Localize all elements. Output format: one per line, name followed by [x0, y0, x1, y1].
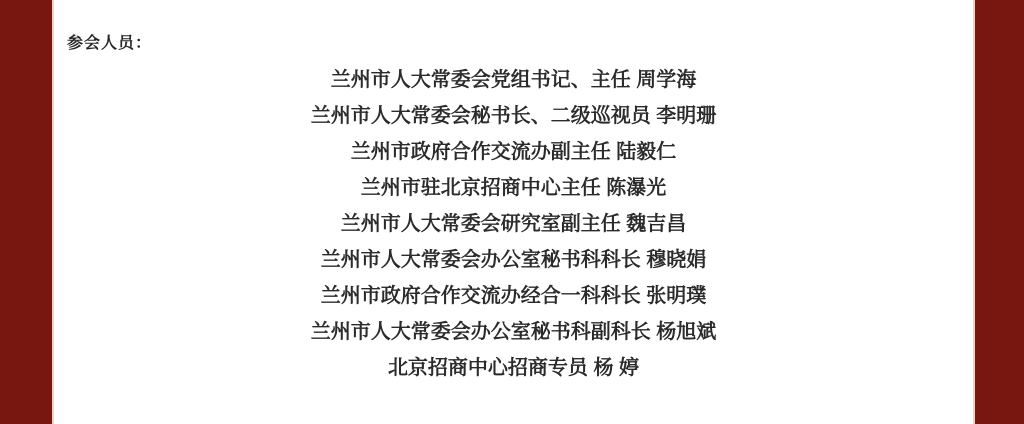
attendee-line: 兰州市人大常委会办公室秘书科科长 穆晓娟	[54, 242, 973, 278]
right-accent-bar	[973, 0, 1024, 424]
slide-page: 参会人员： 兰州市人大常委会党组书记、主任 周学海 兰州市人大常委会秘书长、二级…	[0, 0, 1024, 424]
attendee-line: 兰州市人大常委会办公室秘书科副科长 杨旭斌	[54, 314, 973, 350]
attendee-line: 兰州市政府合作交流办经合一科科长 张明璞	[54, 278, 973, 314]
attendee-line: 兰州市政府合作交流办副主任 陆毅仁	[54, 134, 973, 170]
attendee-list: 兰州市人大常委会党组书记、主任 周学海 兰州市人大常委会秘书长、二级巡视员 李明…	[54, 62, 973, 386]
left-accent-bar	[0, 0, 54, 424]
slide-content: 参会人员： 兰州市人大常委会党组书记、主任 周学海 兰州市人大常委会秘书长、二级…	[54, 0, 973, 424]
attendee-line: 北京招商中心招商专员 杨 婷	[54, 350, 973, 386]
attendee-line: 兰州市人大常委会秘书长、二级巡视员 李明珊	[54, 98, 973, 134]
attendees-section-label: 参会人员：	[67, 30, 152, 53]
attendee-line: 兰州市人大常委会研究室副主任 魏吉昌	[54, 206, 973, 242]
attendee-line: 兰州市人大常委会党组书记、主任 周学海	[54, 62, 973, 98]
attendee-line: 兰州市驻北京招商中心主任 陈瀑光	[54, 170, 973, 206]
